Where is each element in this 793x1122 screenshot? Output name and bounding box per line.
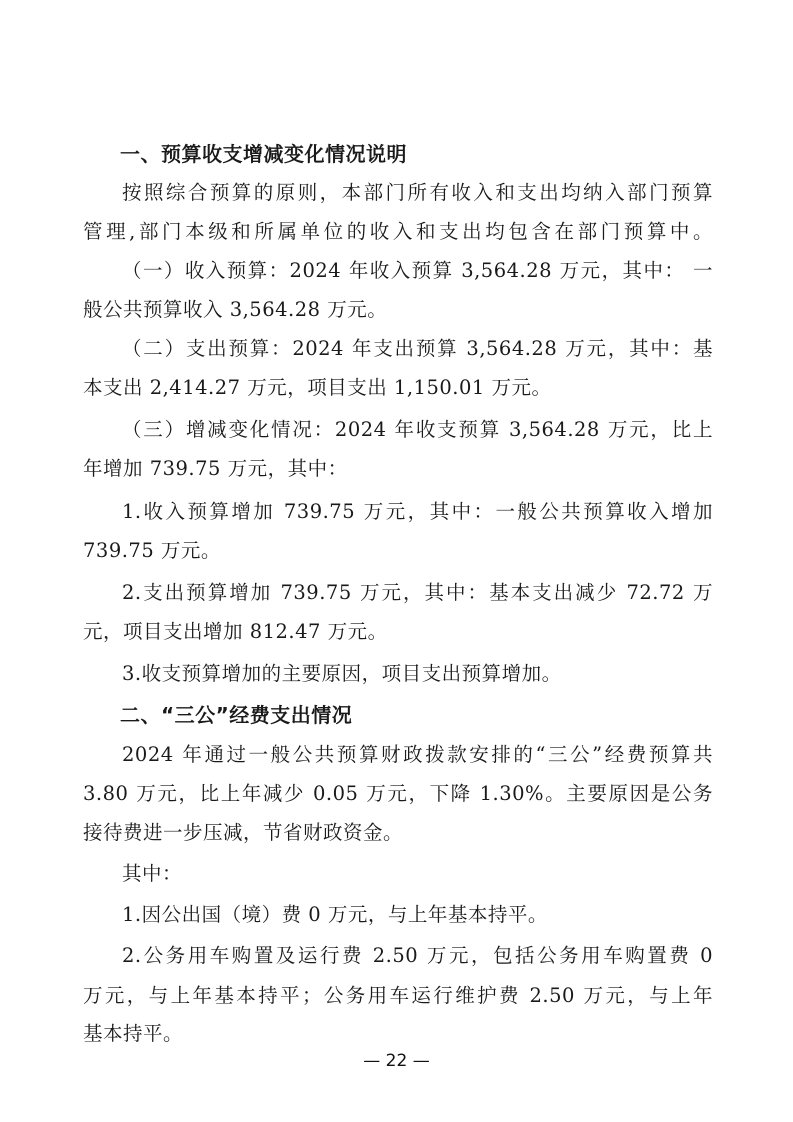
paragraph-line: 年增加 739.75 万元，其中： (83, 457, 713, 481)
paragraph-line: 按照综合预算的原则，本部门所有收入和支出均纳入部门预算 (122, 181, 713, 205)
page-number: — 22 — (0, 1051, 793, 1071)
paragraph-line: 基本持平。 (83, 1022, 713, 1046)
section-heading-1: 一、预算收支增减变化情况说明 (120, 142, 750, 166)
paragraph-line: （二）支出预算：2024 年支出预算 3,564.28 万元，其中：基 (122, 337, 713, 361)
document-page: 一、预算收支增减变化情况说明 按照综合预算的原则，本部门所有收入和支出均纳入部门… (0, 0, 793, 1122)
paragraph-line: 接待费进一步压减，节省财政资金。 (83, 821, 713, 845)
paragraph-line: 2.公务用车购置及运行费 2.50 万元，包括公务用车购置费 0 (122, 944, 713, 968)
paragraph-line: 本支出 2,414.27 万元，项目支出 1,150.01 万元。 (83, 376, 713, 400)
paragraph-line: 3.80 万元，比上年减少 0.05 万元，下降 1.30%。主要原因是公务 (83, 782, 713, 806)
paragraph-line: （三）增减变化情况：2024 年收支预算 3,564.28 万元，比上 (122, 418, 713, 442)
paragraph-line: 般公共预算收入 3,564.28 万元。 (83, 298, 713, 322)
paragraph-line: 1.收入预算增加 739.75 万元，其中：一般公共预算收入增加 (122, 500, 713, 524)
paragraph-line: 管理,部门本级和所属单位的收入和支出均包含在部门预算中。 (83, 220, 713, 244)
paragraph-line: （一）收入预算：2024 年收入预算 3,564.28 万元，其中： 一 (122, 259, 713, 283)
paragraph-line: 1.因公出国（境）费 0 万元，与上年基本持平。 (122, 903, 713, 927)
paragraph-line: 元，项目支出增加 812.47 万元。 (83, 620, 713, 644)
paragraph-line: 3.收支预算增加的主要原因，项目支出预算增加。 (122, 662, 713, 686)
paragraph-line: 2.支出预算增加 739.75 万元，其中：基本支出减少 72.72 万 (122, 581, 713, 605)
section-heading-2: 二、“三公”经费支出情况 (120, 703, 750, 727)
paragraph-line: 其中： (122, 862, 713, 886)
paragraph-line: 万元，与上年基本持平；公务用车运行维护费 2.50 万元，与上年 (83, 984, 713, 1008)
paragraph-line: 739.75 万元。 (83, 539, 713, 563)
paragraph-line: 2024 年通过一般公共预算财政拨款安排的“三公”经费预算共 (122, 743, 713, 767)
